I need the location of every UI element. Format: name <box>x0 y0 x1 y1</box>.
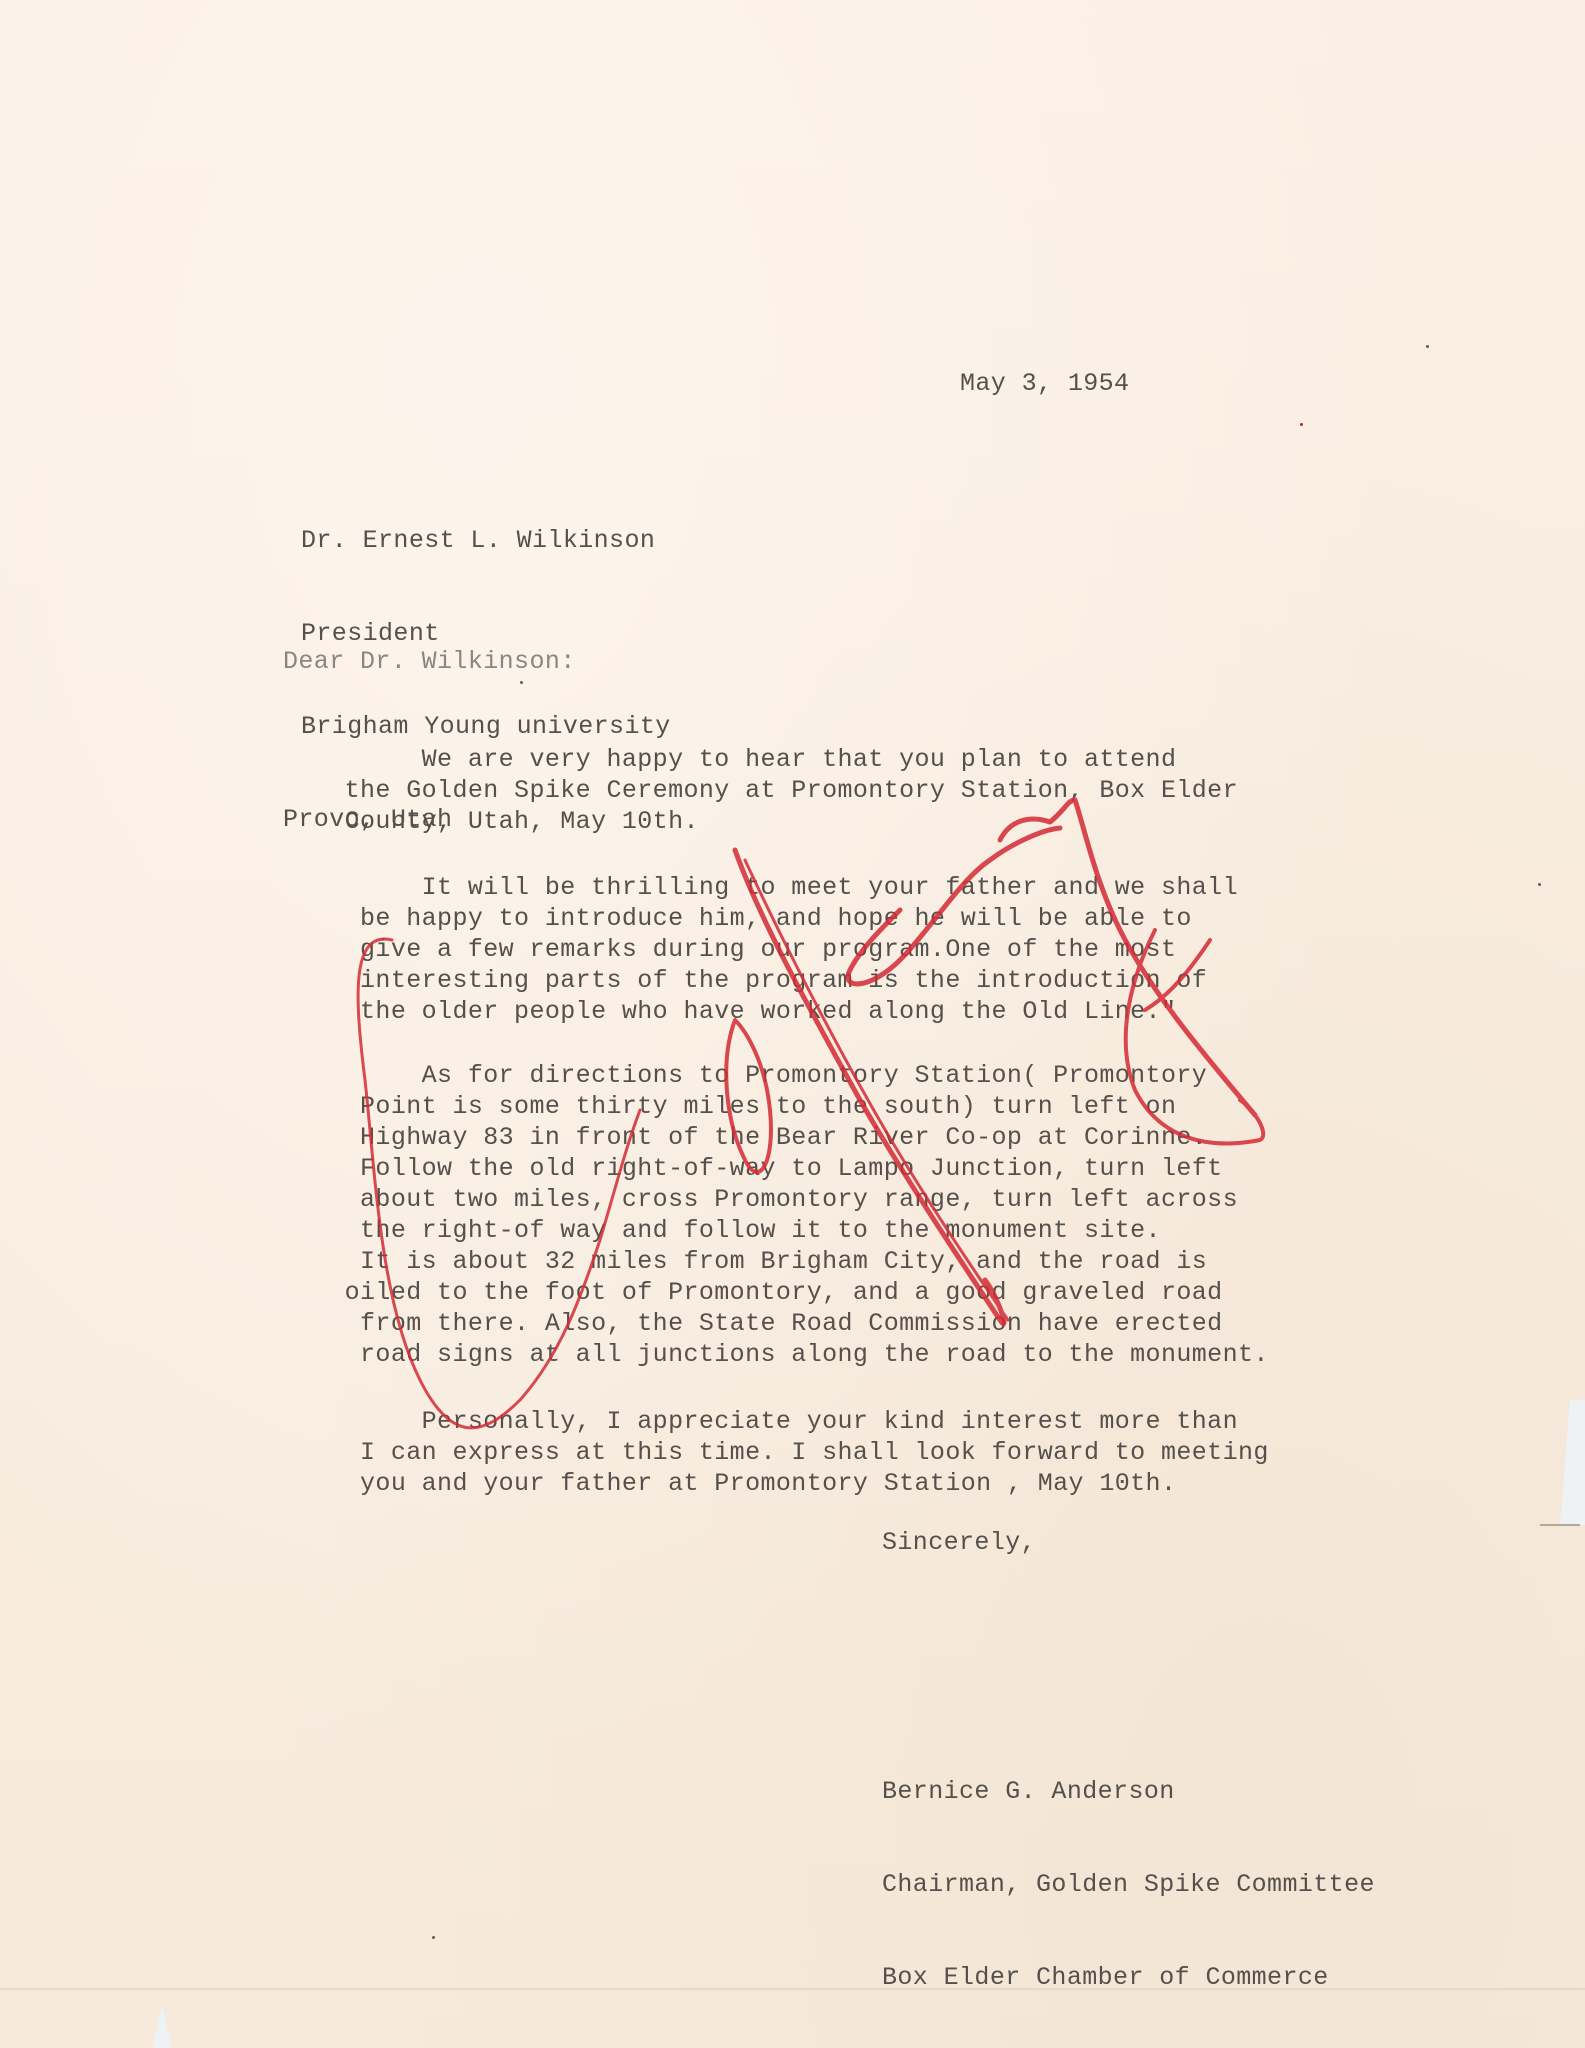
signer-organization: Box Elder Chamber of Commerce <box>882 1962 1375 1993</box>
torn-edge-bottom <box>152 2005 172 2048</box>
salutation: Dear Dr. Wilkinson: <box>283 646 576 677</box>
ink-speck <box>1300 423 1303 426</box>
signer-title: Chairman, Golden Spike Committee <box>882 1869 1375 1900</box>
ink-speck <box>1538 883 1541 886</box>
body-paragraph-4: Personally, I appreciate your kind inter… <box>283 1375 1269 1530</box>
paragraph-line: Point is some thirty miles to the south)… <box>345 1092 1177 1121</box>
letter-date: May 3, 1954 <box>960 368 1129 399</box>
ink-speck <box>432 1936 435 1939</box>
paragraph-line: I can express at this time. I shall look… <box>345 1438 1269 1467</box>
paragraph-line: As for directions to Promontory Station(… <box>345 1061 1208 1090</box>
paragraph-line: from there. Also, the State Road Commiss… <box>345 1309 1223 1338</box>
paragraph-line: the right-of way and follow it to the mo… <box>345 1216 1161 1245</box>
signer-name: Bernice G. Anderson <box>882 1776 1375 1807</box>
torn-edge-right <box>1560 1400 1585 1525</box>
torn-edge-shadow <box>1540 1524 1580 1526</box>
closing: Sincerely, <box>882 1527 1036 1558</box>
paragraph-line: about two miles, cross Promontory range,… <box>345 1185 1238 1214</box>
paragraph-line: It is about 32 miles from Brigham City, … <box>345 1247 1208 1276</box>
letter-page: May 3, 1954 Dr. Ernest L. Wilkinson Pres… <box>0 0 1585 2048</box>
paragraph-line: It will be thrilling to meet your father… <box>345 873 1238 902</box>
paragraph-line: the Golden Spike Ceremony at Promontory … <box>345 776 1238 805</box>
recipient-name: Dr. Ernest L. Wilkinson <box>283 525 671 556</box>
paragraph-line: County, Utah, May 10th. <box>345 807 699 836</box>
paragraph-line: interesting parts of the program is the … <box>345 966 1208 995</box>
paragraph-line: give a few remarks during our program.On… <box>345 935 1177 964</box>
paragraph-line: you and your father at Promontory Statio… <box>345 1469 1177 1498</box>
paragraph-line: oiled to the foot of Promontory, and a g… <box>345 1278 1223 1307</box>
paragraph-line: Follow the old right-of-way to Lampo Jun… <box>345 1154 1223 1183</box>
signature-block: Bernice G. Anderson Chairman, Golden Spi… <box>882 1714 1375 2048</box>
body-paragraph-2: It will be thrilling to meet your father… <box>283 841 1238 1058</box>
paragraph-line: be happy to introduce him, and hope he w… <box>345 904 1192 933</box>
paragraph-line: the older people who have worked along t… <box>345 997 1177 1026</box>
paragraph-line: Personally, I appreciate your kind inter… <box>345 1407 1238 1436</box>
paragraph-line: road signs at all junctions along the ro… <box>345 1340 1269 1369</box>
ink-speck <box>1426 345 1429 348</box>
paragraph-line: We are very happy to hear that you plan … <box>345 745 1177 774</box>
recipient-title: President <box>283 618 671 649</box>
paragraph-line: Highway 83 in front of the Bear River Co… <box>345 1123 1208 1152</box>
body-paragraph-3: As for directions to Promontory Station(… <box>283 1029 1269 1401</box>
